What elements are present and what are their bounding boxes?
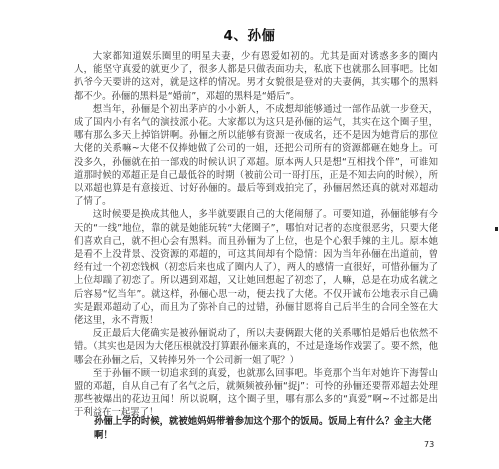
page-number: 73: [424, 440, 434, 449]
paragraph: 大家都知道娱乐圈里的明星夫妻，少有恩爱如初的。尤其是面对诱惑多多的圈内人，能坚守…: [74, 50, 438, 103]
paragraph: 这时候要是换成其他人，多半就要跟自己的大佬闹掰了。可要知道，孙俪能够有今天的“一…: [74, 208, 438, 327]
paragraph: 反正最后大佬确实是被孙俪说动了，所以夫妻俩跟大佬的关系哪怕是婚后也依然不错。（其…: [74, 327, 438, 367]
paragraph: 想当年，孙俪是个初出茅庐的小小新人，不成想却能够通过一部作品就一步登天，成了国内…: [74, 103, 438, 209]
article-body: 大家都知道娱乐圈里的明星夫妻，少有恩爱如初的。尤其是面对诱惑多多的圈内人，能坚守…: [74, 50, 438, 420]
closing-line: 孙俪上学的时候，就被她妈妈带着参加这个那个的饭局。饭局上有什么？金主大佬啊！: [94, 413, 434, 441]
paragraph: 至于孙俪不顾一切追求到的真爱，也就那么回事吧。毕竟那个当年对她许下海誓山盟的邓超…: [74, 367, 438, 420]
section-title: 4、孙俪: [0, 24, 499, 44]
margin-mark-icon: [495, 227, 498, 231]
